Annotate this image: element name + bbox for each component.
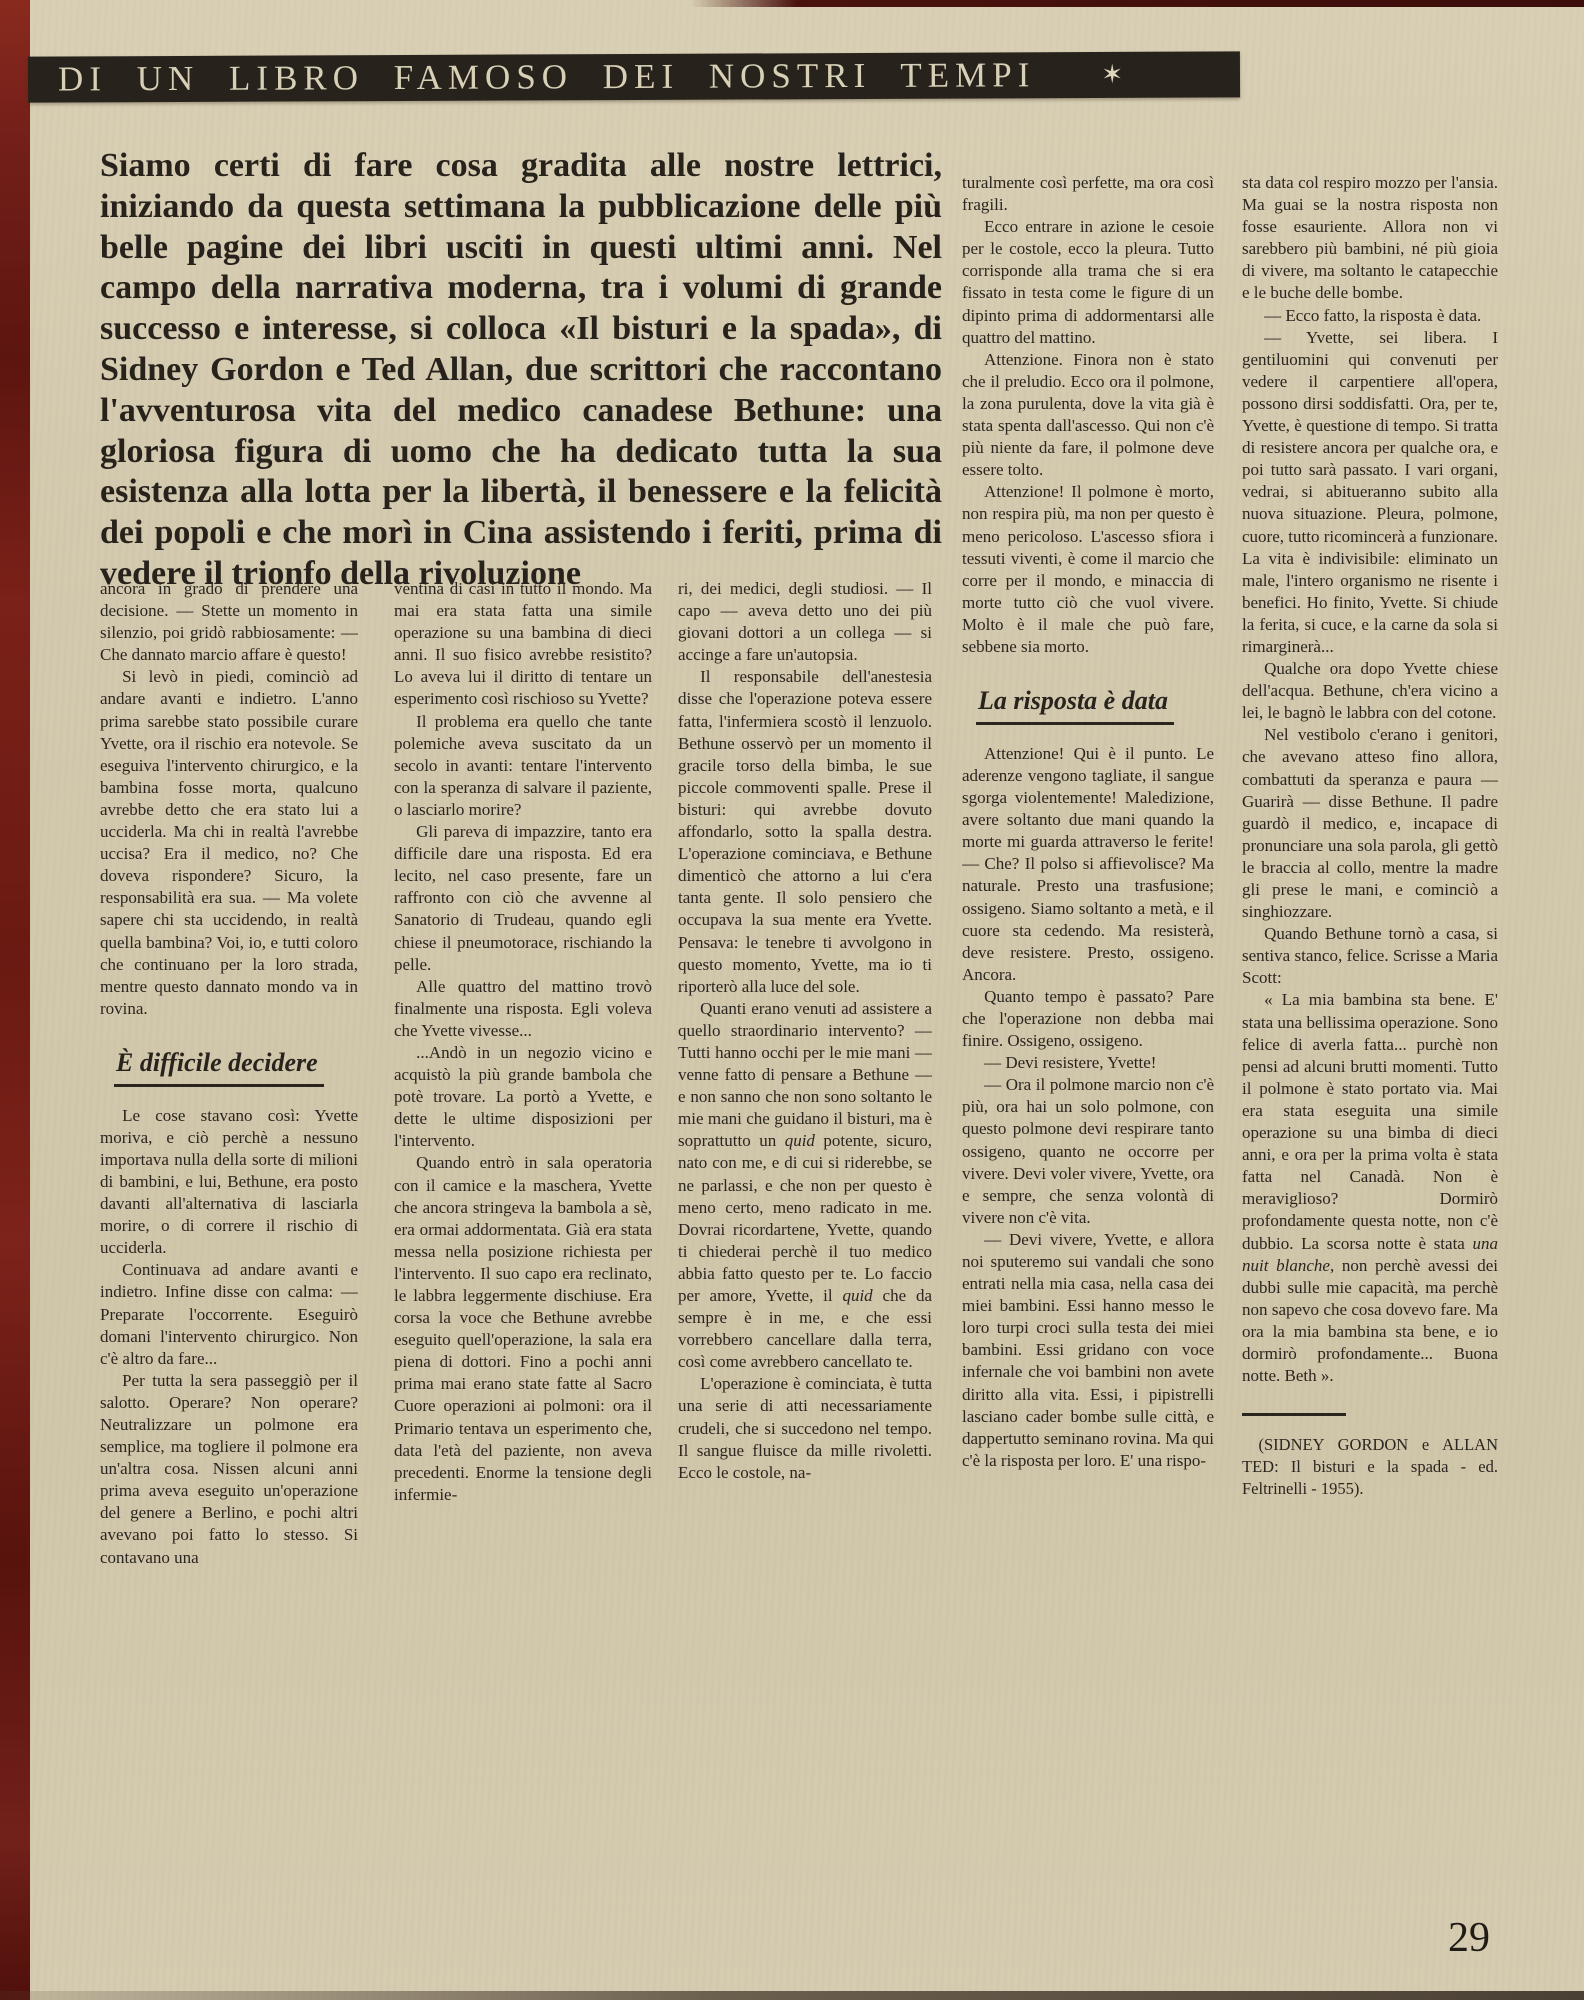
section-heading-text: La risposta è data <box>976 684 1174 725</box>
text-run: , non perchè avessi dei dubbi sulle mie … <box>1242 1256 1498 1385</box>
article-paragraph: Quando Bethune tornò a casa, si sentiva … <box>1242 923 1498 989</box>
left-edge-strip <box>0 0 30 2000</box>
section-heading: È difficile decidere <box>114 1046 358 1087</box>
article-paragraph: ventina di casi in tutto il mondo. Ma ma… <box>394 578 652 711</box>
top-edge-strip <box>690 0 1584 7</box>
article-column-5: sta data col respiro mozzo per l'ansia. … <box>1242 172 1498 1940</box>
section-banner: DI UN LIBRO FAMOSO DEI NOSTRI TEMPI ✶ <box>28 51 1240 102</box>
article-paragraph: L'operazione è cominciata, è tutta una s… <box>678 1373 932 1483</box>
footer-divider <box>1242 1413 1346 1416</box>
section-heading-text: È difficile decidere <box>114 1046 324 1087</box>
article-column-3: ri, dei medici, degli studiosi. — Il cap… <box>678 578 932 1940</box>
article-paragraph: — Ecco fatto, la risposta è data. <box>1242 305 1498 327</box>
text-run: Quanti erano venuti ad assistere a quell… <box>678 999 932 1151</box>
article-paragraph: Attenzione. Finora non è stato che il pr… <box>962 349 1214 482</box>
book-title-italic: quid <box>785 1131 815 1150</box>
article-paragraph: Si levò in piedi, cominciò ad andare ava… <box>100 666 358 1020</box>
banner-title: DI UN LIBRO FAMOSO DEI NOSTRI TEMPI <box>28 55 1036 99</box>
article-paragraph: sta data col respiro mozzo per l'ansia. … <box>1242 172 1498 305</box>
book-title-italic: quid <box>842 1286 872 1305</box>
article-paragraph: « La mia bambina sta bene. E' stata una … <box>1242 989 1498 1387</box>
article-paragraph: ri, dei medici, degli studiosi. — Il cap… <box>678 578 932 666</box>
intro-paragraph: Siamo certi di fare cosa gradita alle no… <box>100 146 942 595</box>
article-paragraph: — Yvette, sei libera. I gentiluomini qui… <box>1242 327 1498 658</box>
book-title-italic: Il bisturi e la spada <box>1291 1457 1449 1476</box>
article-column-4: turalmente così perfette, ma ora così fr… <box>962 172 1214 1940</box>
text-run: potente, sicuro, nato con me, e di cui s… <box>678 1131 932 1305</box>
article-paragraph: Quanti erano venuti ad assistere a quell… <box>678 998 932 1374</box>
article-paragraph: Gli pareva di impazzire, tanto era diffi… <box>394 821 652 976</box>
article-paragraph: ...Andò in un negozio vicino e acquistò … <box>394 1042 652 1152</box>
article-paragraph: Il problema era quello che tante polemic… <box>394 711 652 821</box>
magazine-page: { "masthead": { "title": "DI UN LIBRO FA… <box>0 0 1584 2000</box>
bottom-edge-strip <box>0 1991 1584 2000</box>
book-credit: (SIDNEY GORDON e ALLAN TED: Il bisturi e… <box>1242 1434 1498 1500</box>
article-paragraph: — Ora il polmone marcio non c'è più, ora… <box>962 1074 1214 1229</box>
article-column-1: ancora in grado di prendere una decision… <box>100 578 358 1940</box>
article-column-2: ventina di casi in tutto il mondo. Ma ma… <box>394 578 652 1940</box>
article-paragraph: Ecco entrare in azione le cesoie per le … <box>962 216 1214 349</box>
article-paragraph: Nel vestibolo c'erano i genitori, che av… <box>1242 724 1498 923</box>
article-paragraph: Alle quattro del mattino trovò finalment… <box>394 976 652 1042</box>
article-paragraph: ancora in grado di prendere una decision… <box>100 578 358 666</box>
star-icon: ✶ <box>1101 62 1123 88</box>
article-paragraph: Quanto tempo è passato? Pare che l'opera… <box>962 986 1214 1052</box>
page-number: 29 <box>1448 1914 1490 1962</box>
article-paragraph: Quando entrò in sala operatoria con il c… <box>394 1152 652 1506</box>
article-paragraph: — Devi vivere, Yvette, e allora noi sput… <box>962 1229 1214 1472</box>
section-heading: La risposta è data <box>976 684 1214 725</box>
article-paragraph: — Devi resistere, Yvette! <box>962 1052 1214 1074</box>
article-paragraph: Il responsabile dell'anestesia disse che… <box>678 666 932 997</box>
text-run: « La mia bambina sta bene. E' stata una … <box>1242 990 1498 1252</box>
article-paragraph: Per tutta la sera passeggiò per il salot… <box>100 1370 358 1569</box>
article-paragraph: Attenzione! Qui è il punto. Le aderenze … <box>962 743 1214 986</box>
article-paragraph: Attenzione! Il polmone è morto, non resp… <box>962 481 1214 658</box>
article-paragraph: turalmente così perfette, ma ora così fr… <box>962 172 1214 216</box>
article-paragraph: Continuava ad andare avanti e indietro. … <box>100 1259 358 1369</box>
article-paragraph: Qualche ora dopo Yvette chiese dell'acqu… <box>1242 658 1498 724</box>
article-paragraph: Le cose stavano così: Yvette moriva, e c… <box>100 1105 358 1260</box>
